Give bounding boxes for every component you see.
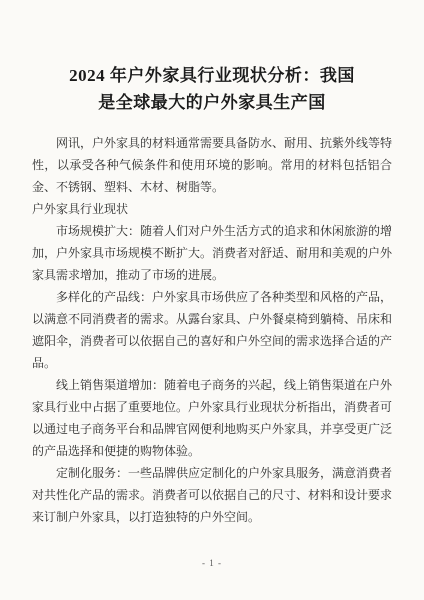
article-paragraph: 线上销售渠道增加：随着电子商务的兴起，线上销售渠道在户外家具行业中占据了重要地位…: [32, 374, 392, 462]
article-paragraph: 定制化服务：一些品牌供应定制化的户外家具服务，满意消费者对共性化产品的需求。消费…: [32, 462, 392, 528]
article-paragraph: 网讯，户外家具的材料通常需要具备防水、耐用、抗紫外线等特性，以承受各种气候条件和…: [32, 132, 392, 198]
article-paragraph: 多样化的产品线：户外家具市场供应了各种类型和风格的产品，以满意不同消费者的需求。…: [32, 286, 392, 374]
article-title: 2024 年户外家具行业现状分析：我国是全球最大的户外家具生产国: [62, 0, 362, 116]
article-paragraph: 市场规模扩大：随着人们对户外生活方式的追求和休闲旅游的增加，户外家具市场规模不断…: [32, 220, 392, 286]
section-heading: 户外家具行业现状: [32, 198, 392, 220]
document-page: 2024 年户外家具行业现状分析：我国是全球最大的户外家具生产国 网讯，户外家具…: [0, 0, 424, 600]
page-number: - 1 -: [0, 558, 424, 568]
article-body: 网讯，户外家具的材料通常需要具备防水、耐用、抗紫外线等特性，以承受各种气候条件和…: [32, 132, 392, 528]
